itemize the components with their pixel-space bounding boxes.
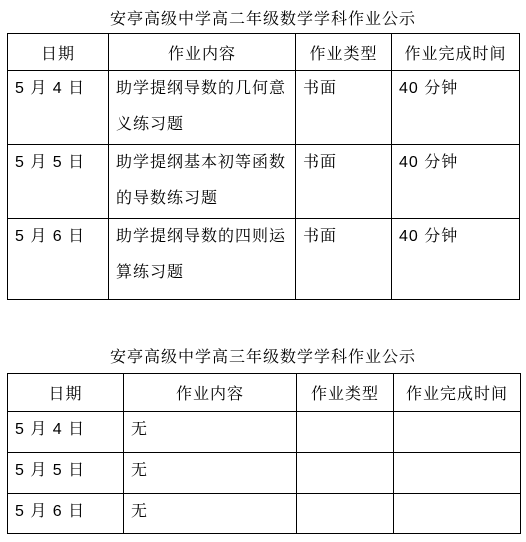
type-cell: 书面 [296,219,392,300]
content-cell: 助学提纲导数的几何意义练习题 [109,71,296,145]
grade3-notice-title: 安亭高级中学高三年级数学学科作业公示 [0,344,526,367]
date-cell: 5 月 6 日 [8,219,109,300]
content-cell: 无 [124,453,297,494]
duration-cell [394,453,521,494]
grade3-header-type: 作业类型 [297,374,394,412]
grade2-header-type: 作业类型 [296,34,392,71]
date-cell: 5 月 4 日 [8,71,109,145]
grade3-header-content: 作业内容 [124,374,297,412]
duration-cell: 40 分钟 [392,219,520,300]
date-cell: 5 月 6 日 [8,494,124,534]
grade2-table-row: 5 月 6 日 助学提纲导数的四则运算练习题 书面 40 分钟 [8,219,520,300]
type-cell [297,453,394,494]
grade2-header-row: 日期 作业内容 作业类型 作业完成时间 [8,34,520,71]
grade3-table-row: 5 月 4 日 无 [8,412,521,453]
grade2-homework-table: 日期 作业内容 作业类型 作业完成时间 5 月 4 日 助学提纲导数的几何意义练… [7,33,520,300]
type-cell: 书面 [296,71,392,145]
grade2-table-row: 5 月 5 日 助学提纲基本初等函数的导数练习题 书面 40 分钟 [8,145,520,219]
duration-cell: 40 分钟 [392,71,520,145]
grade2-header-content: 作业内容 [109,34,296,71]
date-cell: 5 月 4 日 [8,412,124,453]
homework-notice-document: 安亭高级中学高二年级数学学科作业公示 日期 作业内容 作业类型 作业完成时间 5… [0,0,526,542]
type-cell [297,494,394,534]
grade2-notice-title: 安亭高级中学高二年级数学学科作业公示 [0,6,526,29]
grade3-table-row: 5 月 5 日 无 [8,453,521,494]
date-cell: 5 月 5 日 [8,453,124,494]
type-cell [297,412,394,453]
type-cell: 书面 [296,145,392,219]
content-cell: 助学提纲导数的四则运算练习题 [109,219,296,300]
content-cell: 无 [124,412,297,453]
duration-cell: 40 分钟 [392,145,520,219]
grade3-header-row: 日期 作业内容 作业类型 作业完成时间 [8,374,521,412]
duration-cell [394,494,521,534]
date-cell: 5 月 5 日 [8,145,109,219]
grade3-table-row: 5 月 6 日 无 [8,494,521,534]
grade3-header-duration: 作业完成时间 [394,374,521,412]
grade3-homework-table: 日期 作业内容 作业类型 作业完成时间 5 月 4 日 无 5 月 5 日 无 … [7,373,521,534]
grade2-table-row: 5 月 4 日 助学提纲导数的几何意义练习题 书面 40 分钟 [8,71,520,145]
grade2-header-duration: 作业完成时间 [392,34,520,71]
content-cell: 无 [124,494,297,534]
grade2-header-date: 日期 [8,34,109,71]
duration-cell [394,412,521,453]
content-cell: 助学提纲基本初等函数的导数练习题 [109,145,296,219]
grade3-header-date: 日期 [8,374,124,412]
